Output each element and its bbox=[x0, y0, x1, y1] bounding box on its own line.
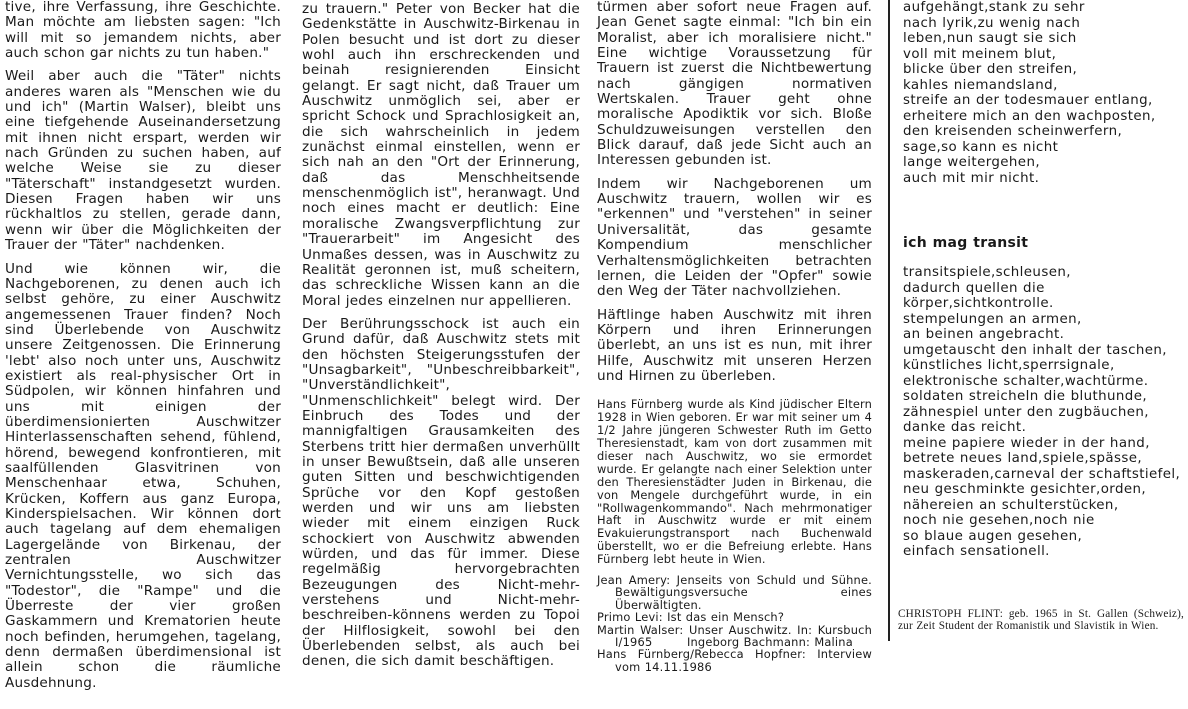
article-column-1: tive, ihre Verfassung, ihre Geschichte. … bbox=[5, 0, 281, 699]
paragraph: zu trauern." Peter von Becker hat die Ge… bbox=[302, 2, 580, 309]
poem-title: ich mag transit bbox=[903, 236, 1183, 251]
hans-fuernberg-bio: Hans Fürnberg wurde als Kind jüdischer E… bbox=[597, 398, 872, 566]
poetry-column: aufgehängt,stank zu sehr nach lyrik,zu w… bbox=[903, 0, 1183, 633]
paragraph: Und wie können wir, die Nachgeborenen, z… bbox=[5, 262, 281, 692]
reference-item: Jean Amery: Jenseits von Schuld und Sühn… bbox=[597, 574, 872, 611]
paragraph: tive, ihre Verfassung, ihre Geschichte. … bbox=[5, 0, 281, 61]
poem-2-body: transitspiele,schleusen, dadurch quellen… bbox=[903, 265, 1183, 560]
paragraph: Der Berührungsschock ist auch ein Grund … bbox=[302, 317, 580, 670]
article-column-3: türmen aber sofort neue Fragen auf. Jean… bbox=[597, 0, 872, 673]
poem-1-ending: aufgehängt,stank zu sehr nach lyrik,zu w… bbox=[903, 0, 1183, 186]
author-name: Christoph Flint: bbox=[898, 608, 1003, 620]
reference-item: Martin Walser: Unser Auschwitz. In: Kurs… bbox=[597, 624, 872, 649]
column-divider-rule bbox=[888, 0, 890, 641]
paragraph: Häftlinge haben Auschwitz mit ihren Körp… bbox=[597, 308, 872, 385]
article-column-2: ' ' . ' ' ' , ' ' , ' ' ' ' . zu trauern… bbox=[302, 0, 580, 678]
paragraph: Indem wir Nachgeborenen um Auschwitz tra… bbox=[597, 177, 872, 300]
reference-item: Hans Fürnberg/Rebecca Hopfner: Interview… bbox=[597, 648, 872, 673]
author-bio: Christoph Flint: geb. 1965 in St. Gallen… bbox=[898, 608, 1184, 633]
paragraph: türmen aber sofort neue Fragen auf. Jean… bbox=[597, 0, 872, 169]
references-list: Jean Amery: Jenseits von Schuld und Sühn… bbox=[597, 574, 872, 673]
paragraph: Weil aber auch die "Täter" nichts andere… bbox=[5, 69, 281, 253]
reference-item: Primo Levi: Ist das ein Mensch? bbox=[597, 611, 872, 623]
